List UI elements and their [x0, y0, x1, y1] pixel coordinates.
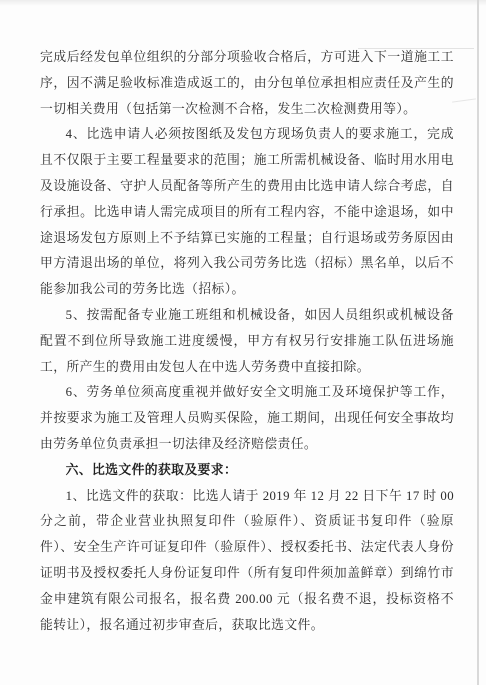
- scan-edge-line: [477, 0, 479, 685]
- document-body: 完成后经发包单位组织的分部分项验收合格后，方可进入下一道施工工序，因不满足验收标…: [40, 45, 454, 638]
- paragraph: 5、按需配备专业施工班组和机械设备，如因人员组织或机械设备配置不到位所导致施工进…: [40, 303, 454, 380]
- scan-artifact-mark: [452, 98, 476, 102]
- paragraph: 完成后经发包单位组织的分部分项验收合格后，方可进入下一道施工工序，因不满足验收标…: [40, 45, 454, 122]
- paragraph: 4、比选申请人必须按图纸及发包方现场负责人的要求施工，完成且不仅限于主要工程量要…: [40, 122, 454, 303]
- scan-artifact-line: [358, 48, 474, 49]
- scanned-document-page: 完成后经发包单位组织的分部分项验收合格后，方可进入下一道施工工序，因不满足验收标…: [0, 0, 486, 685]
- paragraph: 6、劳务单位须高度重视并做好安全文明施工及环境保护等工作，并按要求为施工及管理人…: [40, 380, 454, 457]
- paragraph: 六、比选文件的获取及要求：: [40, 458, 454, 484]
- paragraph: 1、比选文件的获取：比选人请于 2019 年 12 月 22 日下午 17 时 …: [40, 484, 454, 639]
